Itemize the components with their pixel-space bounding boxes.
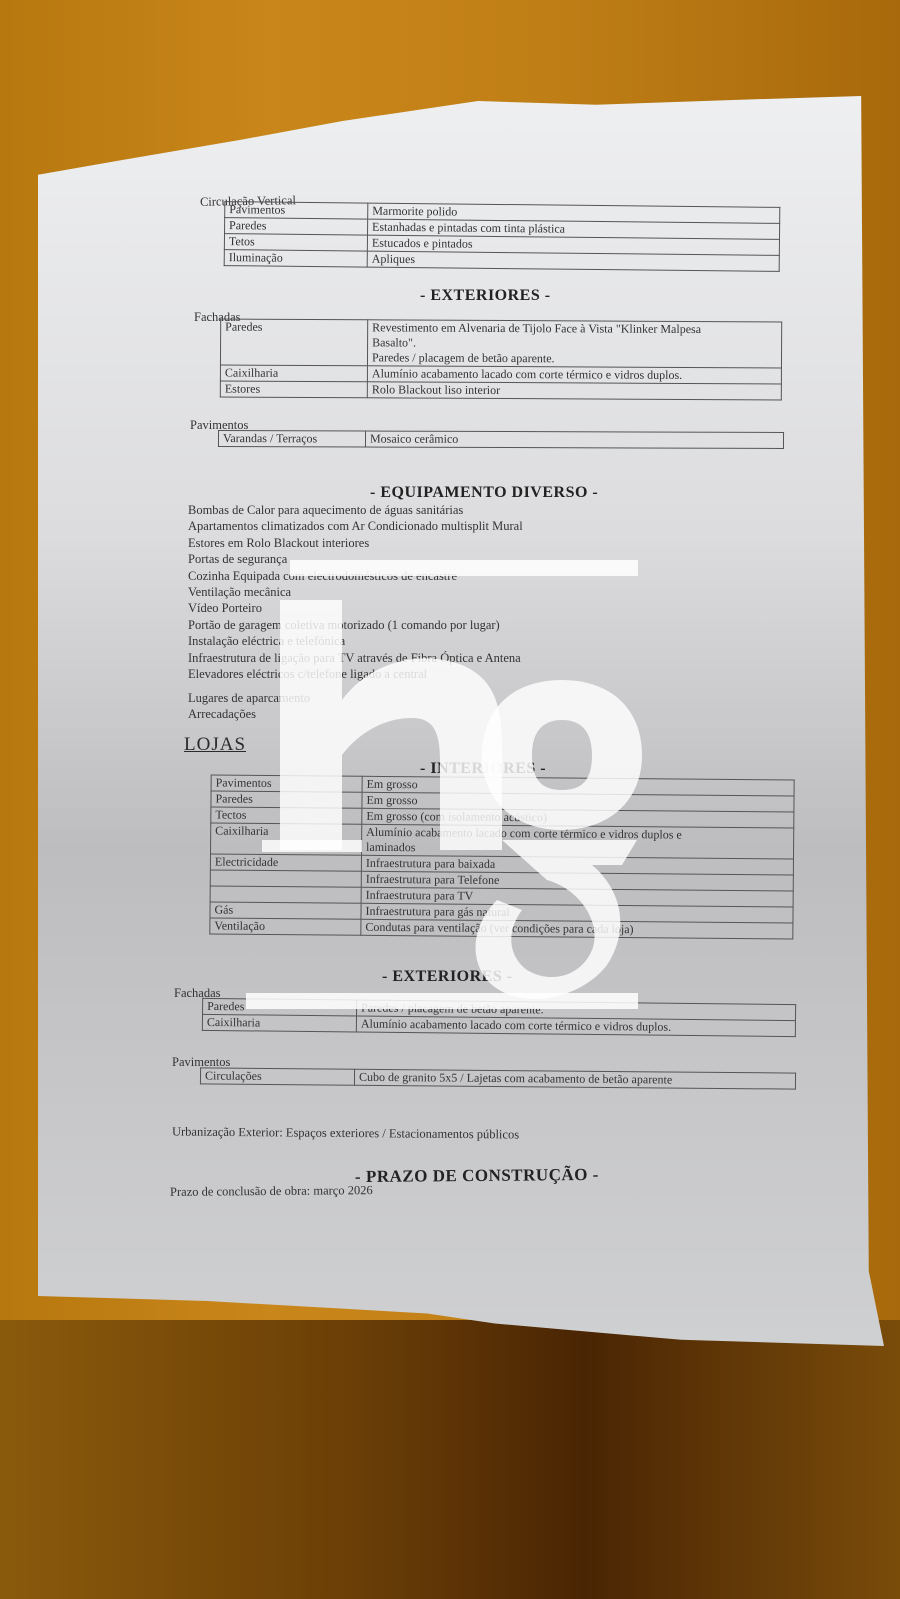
- spec-item-cell: Paredes: [225, 218, 368, 235]
- spec-value-line: Cubo de granito 5x5 / Lajetas com acabam…: [359, 1070, 791, 1089]
- equipamento-item: Infraestrutura de ligação para TV atravé…: [188, 650, 523, 666]
- spec-item-cell: Varandas / Terraços: [218, 431, 365, 448]
- spec-item-cell: Estores: [220, 381, 367, 398]
- spec-item-cell: Ventilação: [210, 918, 361, 935]
- table-row: Varandas / TerraçosMosaico cerâmico: [218, 431, 783, 449]
- table-row: EstoresRolo Blackout liso interior: [220, 381, 781, 400]
- equipamento-item: Bombas de Calor para aquecimento de água…: [188, 502, 523, 518]
- lojas-pavimentos-table: CirculaçõesCubo de granito 5x5 / Lajetas…: [200, 1067, 796, 1089]
- equipamento-extra-item: Arrecadações: [188, 706, 310, 722]
- spec-item-cell: Electricidade: [210, 854, 361, 871]
- spec-item-cell: Caixilharia: [220, 365, 367, 382]
- spec-value-line: Mosaico cerâmico: [370, 432, 779, 448]
- equipamento-item: Vídeo Porteiro: [188, 600, 523, 616]
- spec-value-cell: Alumínio acabamento lacado com corte tér…: [367, 366, 781, 384]
- equipamento-item: Apartamentos climatizados com Ar Condici…: [188, 518, 523, 534]
- fachadas-table: ParedesRevestimento em Alvenaria de Tijo…: [220, 319, 782, 401]
- spec-item-cell: Paredes: [220, 319, 367, 366]
- spec-item-cell: Caixilharia: [211, 823, 362, 855]
- spec-value-cell: Apliques: [367, 251, 779, 271]
- spec-item-cell: [210, 870, 361, 887]
- spec-item-cell: Pavimentos: [225, 202, 368, 219]
- equipamento-extra-item: Lugares de aparcamento: [188, 690, 310, 706]
- equipamento-extra-list: Lugares de aparcamentoArrecadações: [188, 690, 310, 723]
- table-row: ParedesRevestimento em Alvenaria de Tijo…: [220, 319, 781, 368]
- exteriores-title: - EXTERIORES -: [420, 287, 551, 305]
- table-row: CirculaçõesCubo de granito 5x5 / Lajetas…: [200, 1068, 795, 1089]
- spec-item-cell: Iluminação: [224, 250, 367, 267]
- spec-value-cell: Cubo de granito 5x5 / Lajetas com acabam…: [354, 1069, 795, 1089]
- spec-value-line: Rolo Blackout liso interior: [372, 382, 777, 399]
- lojas-exteriores-title: - EXTERIORES -: [382, 968, 513, 986]
- redaction-bar: [246, 993, 638, 1009]
- lojas-heading: LOJAS: [184, 734, 246, 756]
- prazo-text: Prazo de conclusão de obra: março 2026: [170, 1183, 373, 1200]
- redaction-bar: [290, 560, 638, 576]
- equipamento-title: - EQUIPAMENTO DIVERSO -: [370, 484, 598, 502]
- spec-value-line: Paredes / placagem de betão aparente.: [372, 350, 777, 367]
- spec-item-cell: Tetos: [224, 234, 367, 251]
- spec-item-cell: Gás: [210, 902, 361, 919]
- spec-value-cell: Condutas para ventilação (ver condições …: [361, 919, 793, 939]
- spec-item-cell: Paredes: [211, 791, 362, 808]
- spec-value-line: Alumínio acabamento lacado com corte tér…: [372, 366, 777, 383]
- spec-value-cell: Revestimento em Alvenaria de Tijolo Face…: [367, 320, 781, 368]
- spec-value-line: Revestimento em Alvenaria de Tijolo Face…: [372, 320, 777, 337]
- spec-item-cell: Circulações: [200, 1068, 354, 1085]
- equipamento-list: Bombas de Calor para aquecimento de água…: [188, 502, 523, 682]
- lojas-interiores-title: - INTERIORES -: [420, 760, 546, 778]
- table-row: CaixilhariaAlumínio acabamento lacado co…: [211, 823, 794, 859]
- spec-value-line: Condutas para ventilação (ver condições …: [365, 920, 788, 939]
- document-content: Circulação Vertical PavimentosMarmorite …: [0, 0, 900, 1599]
- spec-value-cell: Mosaico cerâmico: [365, 431, 783, 448]
- pavimentos-table: Varandas / TerraçosMosaico cerâmico: [218, 430, 784, 449]
- spec-value-cell: Rolo Blackout liso interior: [367, 382, 781, 400]
- prazo-title: - PRAZO DE CONSTRUÇÃO -: [355, 1165, 599, 1187]
- equipamento-item: Ventilação mecânica: [188, 584, 523, 600]
- equipamento-item: Portão de garagem coletiva motorizado (1…: [188, 617, 523, 633]
- circulacao-vertical-table: PavimentosMarmorite polidoParedesEstanha…: [224, 201, 781, 272]
- urbanizacao-text: Urbanização Exterior: Espaços exteriores…: [172, 1124, 519, 1142]
- spec-item-cell: [210, 886, 361, 903]
- spec-value-line: Alumínio acabamento lacado com corte tér…: [361, 1017, 791, 1037]
- equipamento-item: Instalação eléctrica e telefónica: [188, 633, 523, 649]
- equipamento-item: Estores em Rolo Blackout interiores: [188, 535, 523, 551]
- spec-item-cell: Tectos: [211, 807, 362, 824]
- spec-value-cell: Alumínio acabamento lacado com corte tér…: [362, 824, 794, 859]
- spec-item-cell: Caixilharia: [202, 1014, 356, 1032]
- equipamento-item: Elevadores eléctricos c/telefone ligado …: [188, 666, 523, 682]
- spec-value-cell: Alumínio acabamento lacado com corte tér…: [356, 1016, 795, 1037]
- lojas-interiores-table: PavimentosEm grossoParedesEm grossoTecto…: [209, 774, 794, 939]
- spec-value-line: Apliques: [372, 252, 775, 271]
- spec-item-cell: Pavimentos: [211, 775, 362, 792]
